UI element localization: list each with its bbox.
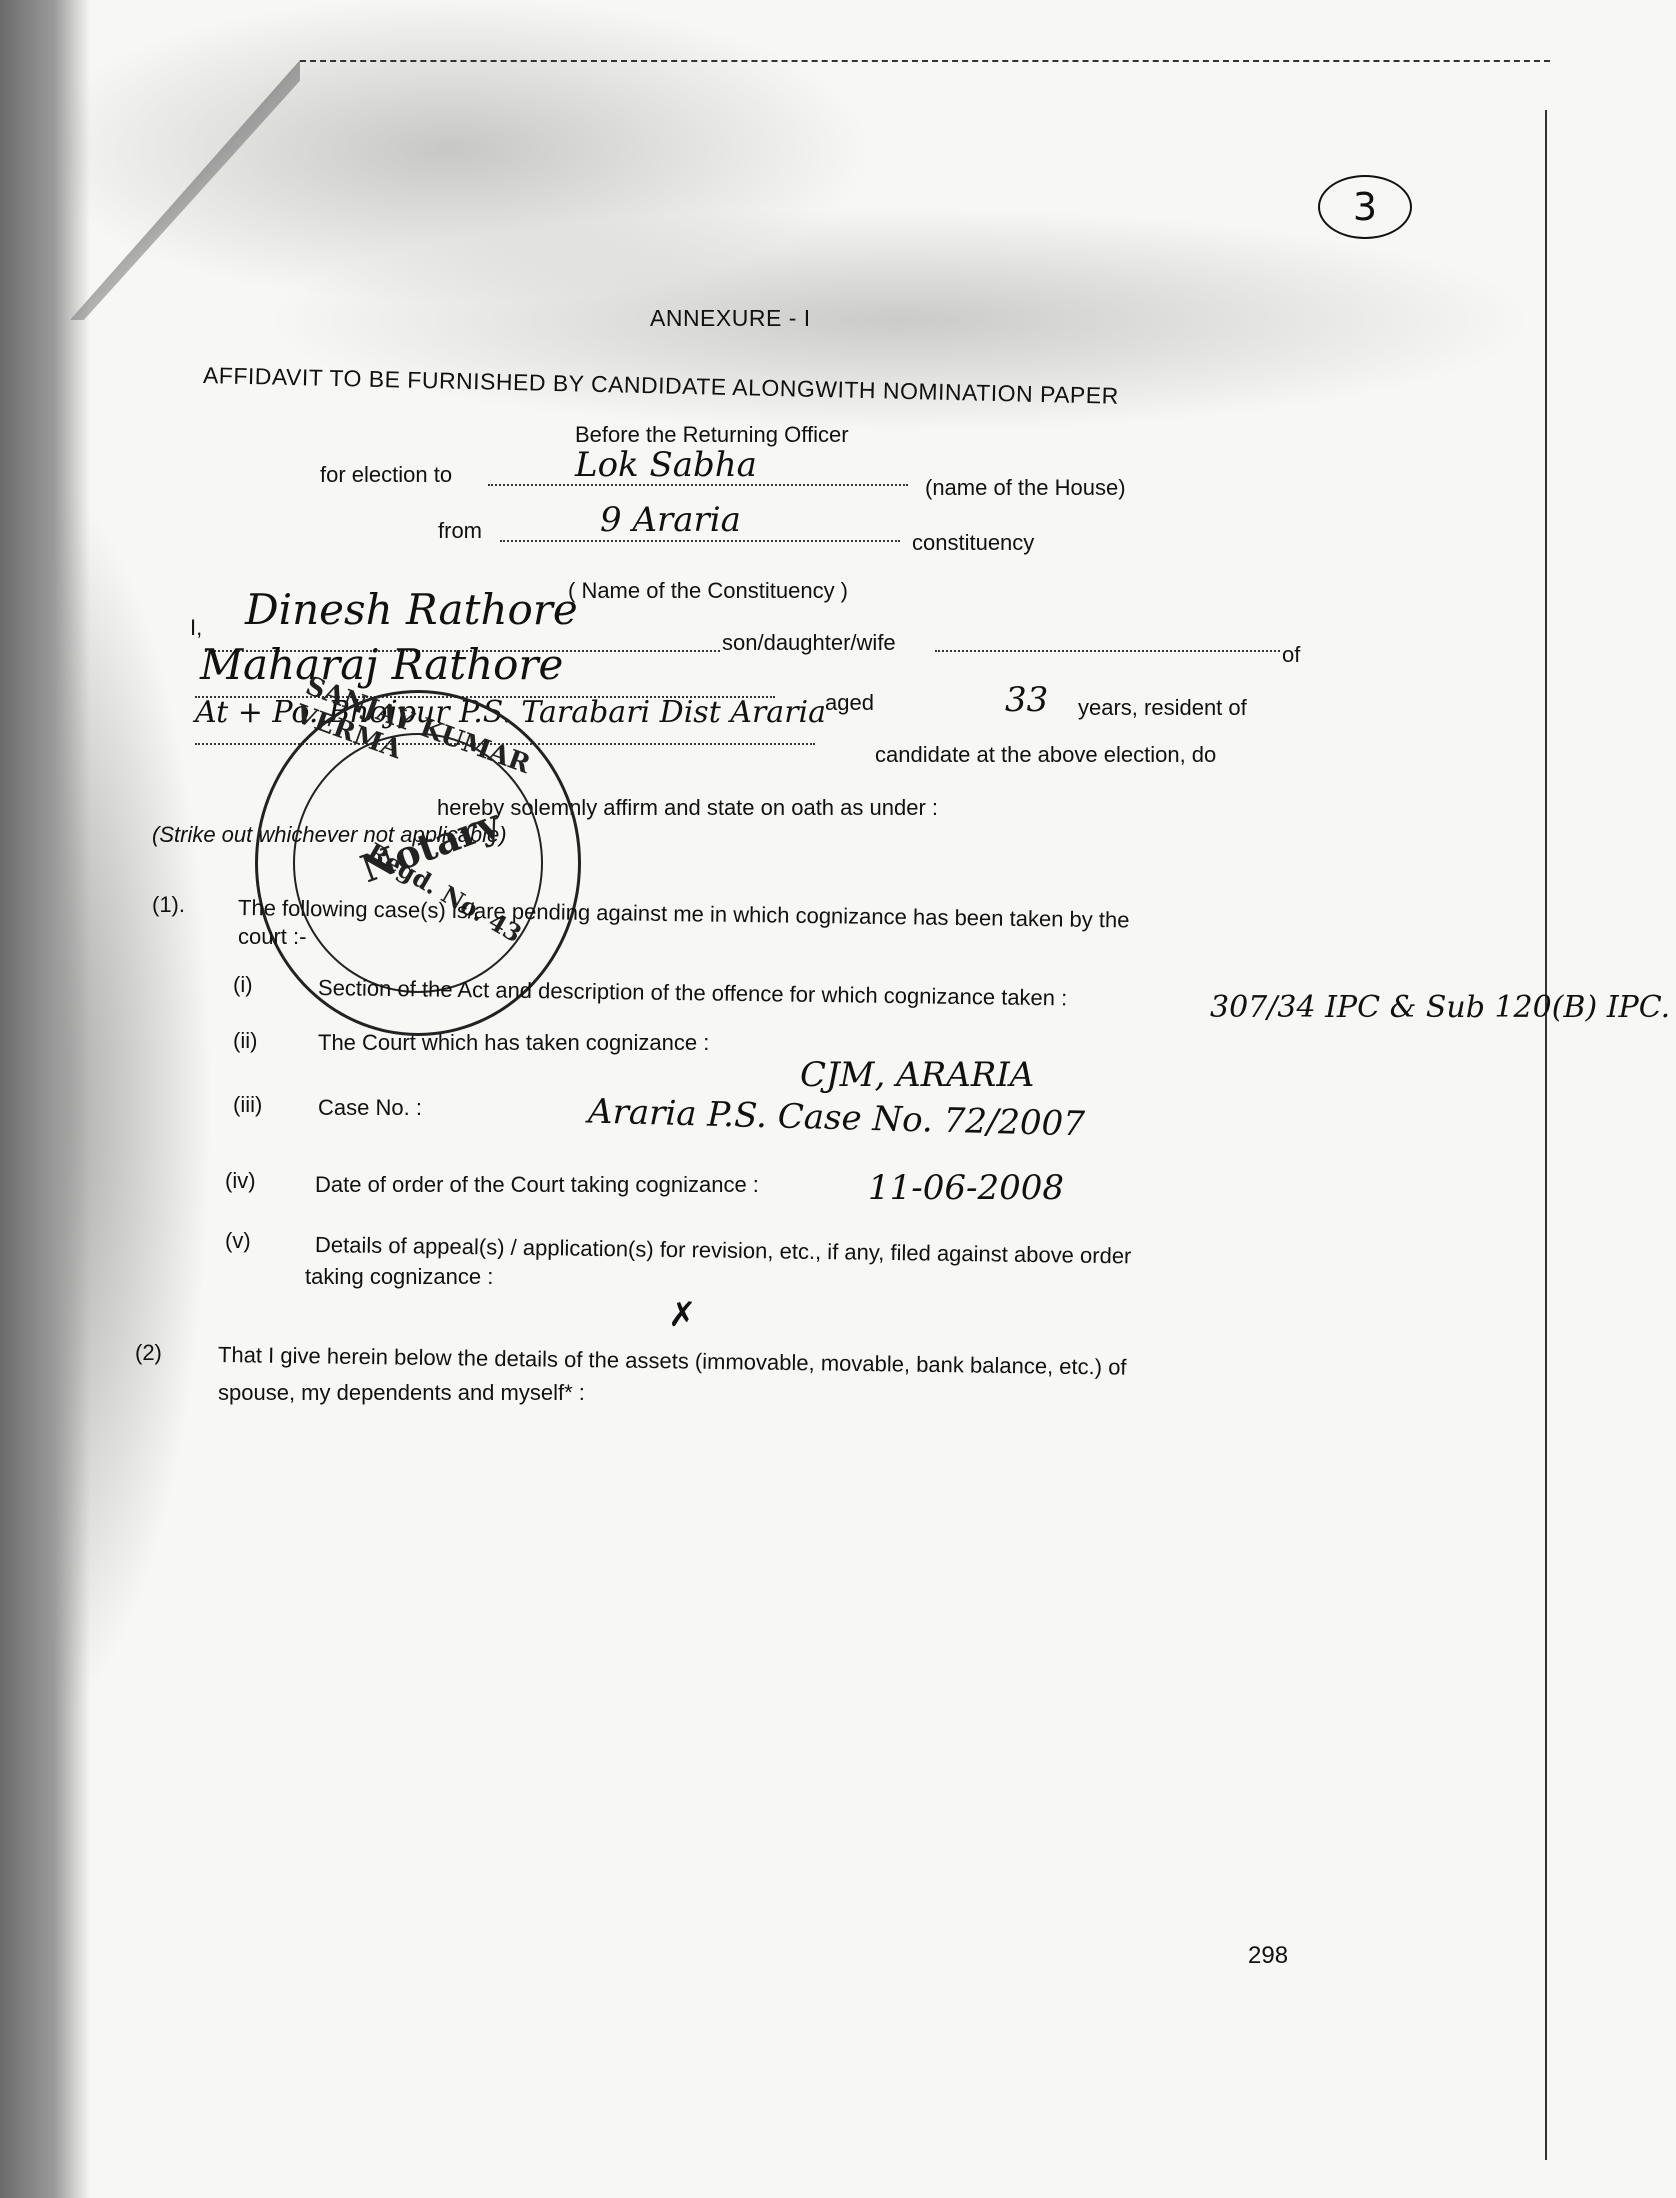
item-ii-value: CJM, ARARIA	[800, 1055, 1034, 1095]
constituency-caption: ( Name of the Constituency )	[568, 578, 848, 604]
page-border-top	[300, 60, 1550, 62]
item-i-value: 307/34 IPC & Sub 120(B) IPC.	[1210, 990, 1670, 1025]
section2-num: (2)	[135, 1340, 162, 1366]
item-ii-label: The Court which has taken cognizance :	[318, 1030, 709, 1056]
folded-corner	[70, 60, 300, 320]
constituency-suffix: constituency	[912, 530, 1034, 556]
constituency-label: from	[438, 518, 482, 544]
item-iii-value: Araria P.S. Case No. 72/2007	[588, 1092, 1086, 1145]
constituency-value: 9 Araria	[600, 500, 741, 540]
item-ii-num: (ii)	[233, 1028, 257, 1054]
of-label: of	[1282, 642, 1300, 668]
item-v-value: ✗	[668, 1295, 697, 1335]
item-i-num: (i)	[233, 972, 253, 998]
candidate-label: candidate at the above election, do	[875, 742, 1216, 768]
relation-label: son/daughter/wife	[722, 630, 896, 656]
section2-text-line1: That I give herein below the details of …	[218, 1342, 1127, 1381]
election-label: for election to	[320, 462, 452, 488]
item-v-num: (v)	[225, 1228, 251, 1254]
aged-label: aged	[825, 690, 874, 716]
page-border-right	[1545, 110, 1547, 2160]
affidavit-page: 3 ANNEXURE - I AFFIDAVIT TO BE FURNISHED…	[0, 0, 1676, 2198]
item-iv-num: (iv)	[225, 1168, 256, 1194]
section1-num: (1).	[152, 892, 185, 918]
section2-text-line2: spouse, my dependents and myself* :	[218, 1380, 585, 1406]
age-value: 33	[1005, 680, 1048, 720]
election-suffix: (name of the House)	[925, 475, 1126, 501]
circled-page-mark: 3	[1318, 175, 1412, 239]
affidavit-heading: AFFIDAVIT TO BE FURNISHED BY CANDIDATE A…	[203, 362, 1119, 410]
years-label: years, resident of	[1078, 695, 1247, 721]
scan-shadow-strip	[0, 0, 90, 2198]
election-value: Lok Sabha	[575, 445, 757, 485]
item-v-label2: taking cognizance :	[305, 1264, 493, 1290]
item-iii-num: (iii)	[233, 1092, 262, 1118]
section1-text-line2: court :-	[238, 924, 306, 950]
relation-dots	[935, 632, 1280, 658]
candidate-prefix: I,	[190, 615, 202, 641]
item-iv-value: 11-06-2008	[868, 1168, 1064, 1208]
item-iii-label: Case No. :	[318, 1095, 422, 1121]
page-number: 298	[1248, 1942, 1288, 1970]
annexure-title: ANNEXURE - I	[650, 305, 811, 332]
item-iv-label: Date of order of the Court taking cogniz…	[315, 1172, 759, 1198]
candidate-name: Dinesh Rathore	[245, 585, 578, 634]
